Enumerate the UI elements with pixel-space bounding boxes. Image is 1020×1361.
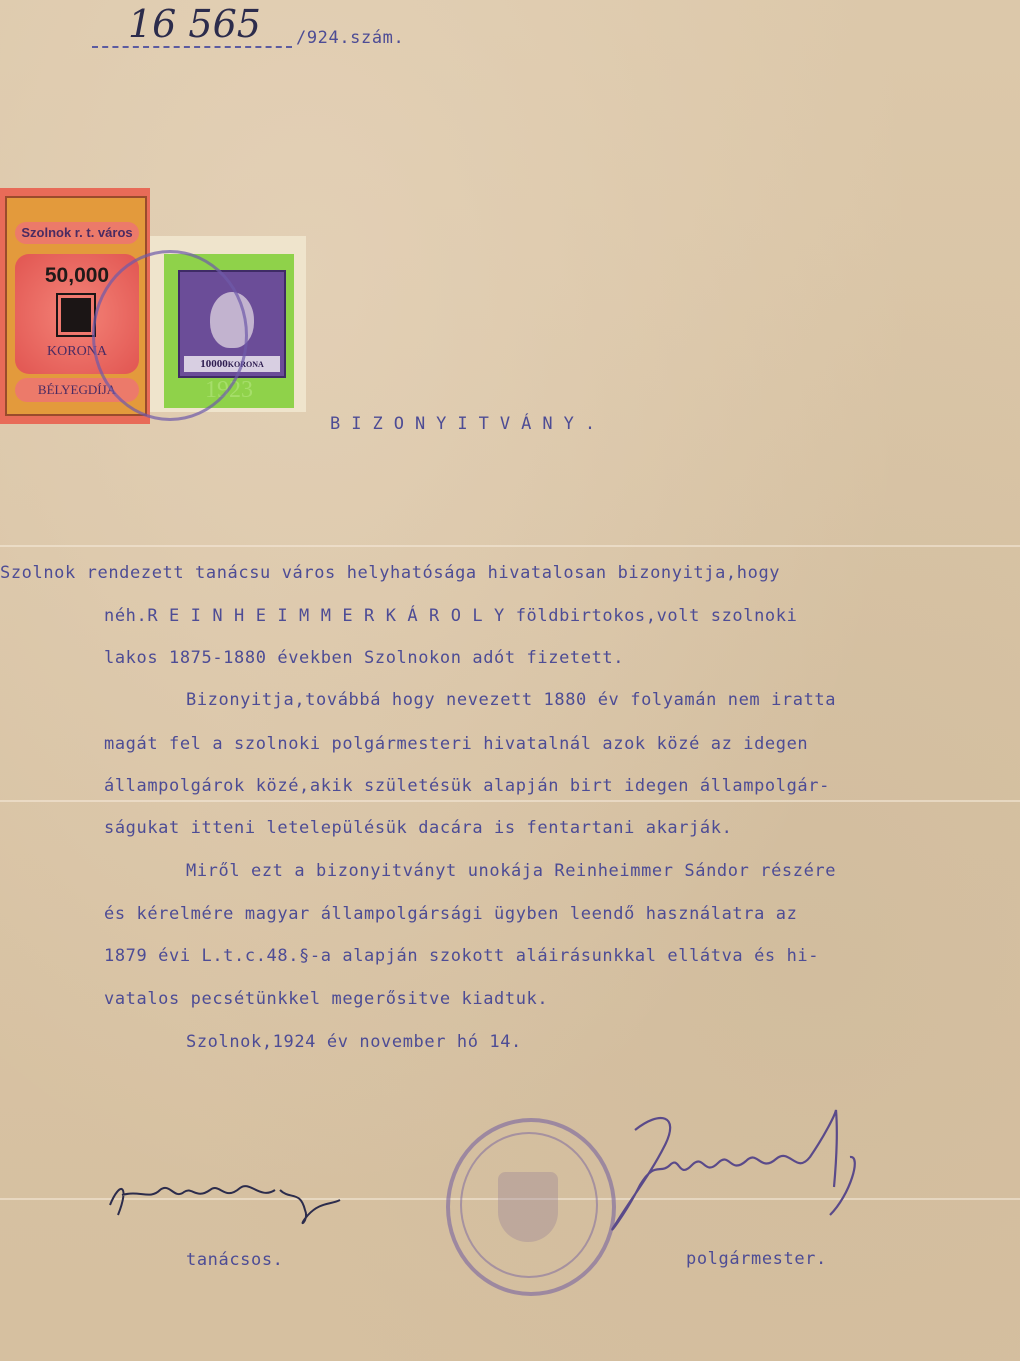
body-line: lakos 1875-1880 években Szolnokon adót f… (104, 648, 624, 668)
reference-number-underline (92, 46, 292, 48)
body-line: és kérelmére magyar állampolgársági ügyb… (104, 904, 797, 924)
document-title: BIZONYITVÁNY. (330, 414, 606, 434)
body-line: magát fel a szolnoki polgármesteri hivat… (104, 734, 808, 754)
body-line: néh.R E I N H E I M M E R K Á R O L Y fö… (104, 606, 797, 626)
body-line: állampolgárok közé,akik születésük alapj… (104, 776, 830, 796)
councillor-title: tanácsos. (186, 1250, 284, 1270)
body-line: Bizonyitja,továbbá hogy nevezett 1880 év… (186, 690, 836, 710)
body-line: Szolnok rendezett tanácsu város helyható… (0, 563, 780, 583)
handwritten-reference-number: 16 565 (128, 2, 261, 46)
body-line: vatalos pecsétünkkel megerősitve kiadtuk… (104, 989, 548, 1009)
body-line: Miről ezt a bizonyitványt unokája Reinhe… (186, 861, 836, 881)
body-line: ságukat itteni letelepülésük dacára is f… (104, 818, 732, 838)
coat-of-arms-icon (498, 1172, 558, 1242)
paper-fold (0, 800, 1020, 802)
stamp-emblem-icon (61, 298, 91, 332)
paper-fold (0, 545, 1020, 547)
official-seal (446, 1118, 616, 1296)
councillor-signature (100, 1160, 370, 1240)
mayor-signature (600, 1105, 960, 1245)
body-line: 1879 évi L.t.c.48.§-a alapján szokott al… (104, 946, 819, 966)
stamp-issuer: Szolnok r. t. város (15, 222, 139, 244)
cancellation-postmark (92, 250, 248, 421)
date-line: Szolnok,1924 év november hó 14. (186, 1032, 522, 1052)
reference-year-suffix: /924.szám. (296, 28, 404, 48)
mayor-title: polgármester. (686, 1249, 827, 1269)
